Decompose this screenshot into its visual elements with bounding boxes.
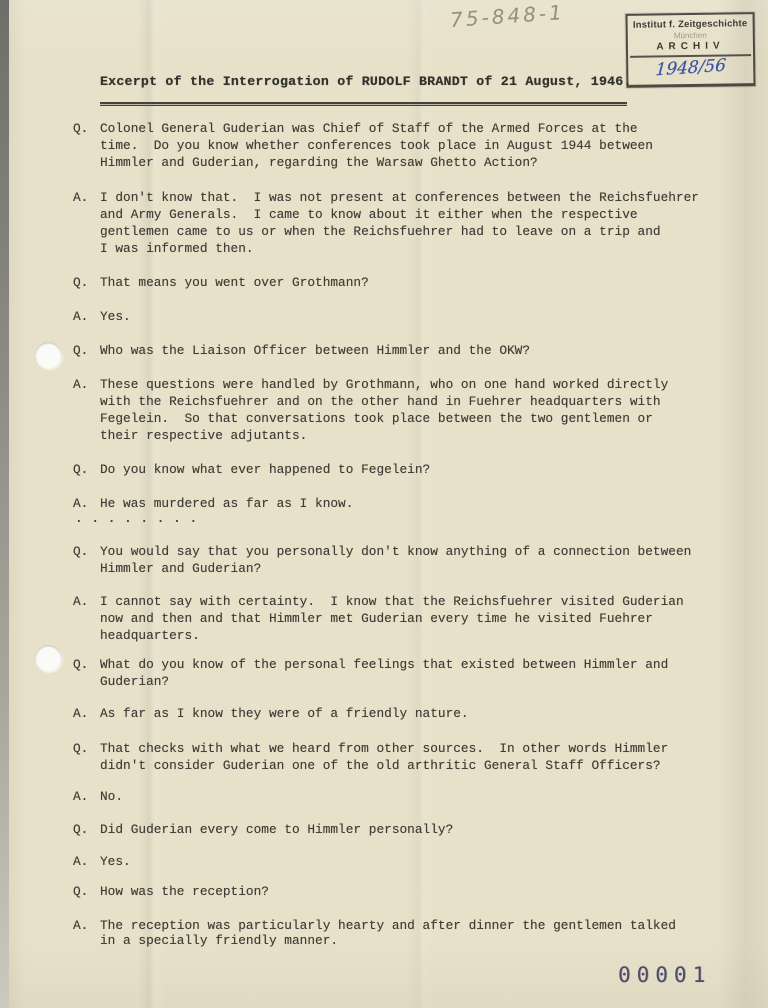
qa-row: A. The reception was particularly hearty…	[73, 918, 733, 948]
qa-text: Who was the Liaison Officer between Himm…	[100, 342, 530, 359]
pencil-annotation: 75-848-1	[449, 0, 565, 32]
qa-text: How was the reception?	[100, 883, 269, 900]
qa-row: Q. How was the reception?	[73, 883, 733, 900]
qa-text: I cannot say with certainty. I know that…	[100, 593, 684, 644]
qa-text: I don't know that. I was not present at …	[100, 189, 699, 257]
qa-text: You would say that you personally don't …	[100, 543, 691, 577]
qa-text: Do you know what ever happened to Fegele…	[100, 461, 430, 478]
speaker-label: A.	[73, 376, 100, 444]
qa-text: That means you went over Grothmann?	[100, 274, 369, 291]
qa-text: Colonel General Guderian was Chief of St…	[100, 120, 653, 171]
speaker-label: A.	[73, 189, 100, 257]
speaker-label: Q.	[73, 120, 100, 171]
stamp-institution: Institut f. Zeitgeschichte	[628, 18, 753, 31]
speaker-label: A.	[73, 593, 100, 644]
speaker-label: Q.	[73, 821, 100, 838]
speaker-label: A.	[73, 918, 100, 948]
hole-punch	[35, 342, 62, 369]
hole-punch	[35, 645, 62, 672]
section-separator: . . . . . . . .	[75, 511, 198, 526]
qa-row: A. He was murdered as far as I know.	[73, 495, 733, 512]
qa-row: A. I don't know that. I was not present …	[73, 189, 733, 257]
title-underline	[100, 102, 627, 106]
qa-row: Q. That checks with what we heard from o…	[73, 740, 733, 774]
qa-text: Yes.	[100, 853, 131, 870]
qa-row: Q. Do you know what ever happened to Feg…	[73, 461, 733, 478]
qa-row: A. These questions were handled by Groth…	[73, 376, 733, 444]
qa-row: Q. Colonel General Guderian was Chief of…	[73, 120, 733, 171]
speaker-label: A.	[73, 705, 100, 722]
speaker-label: Q.	[73, 656, 100, 690]
qa-text: Yes.	[100, 308, 131, 325]
qa-row: A. Yes.	[73, 853, 733, 870]
speaker-label: A.	[73, 788, 100, 805]
qa-row: Q. Did Guderian every come to Himmler pe…	[73, 821, 733, 838]
qa-text: As far as I know they were of a friendly…	[100, 705, 469, 722]
qa-row: A. I cannot say with certainty. I know t…	[73, 593, 733, 644]
page-number-stamp: 00001	[618, 963, 711, 987]
qa-text: No.	[100, 788, 123, 805]
qa-row: A. No.	[73, 788, 733, 805]
speaker-label: Q.	[73, 543, 100, 577]
qa-text: Did Guderian every come to Himmler perso…	[100, 821, 453, 838]
speaker-label: Q.	[73, 274, 100, 291]
qa-text: These questions were handled by Grothman…	[100, 376, 668, 444]
speaker-label: Q.	[73, 461, 100, 478]
qa-text: The reception was particularly hearty an…	[100, 918, 676, 948]
stamp-accession-number: 1948/56	[628, 54, 754, 82]
qa-text: He was murdered as far as I know.	[100, 495, 353, 512]
stamp-city: München	[628, 30, 753, 41]
qa-text: What do you know of the personal feeling…	[100, 656, 668, 690]
speaker-label: A.	[73, 495, 100, 512]
qa-row: Q. Who was the Liaison Officer between H…	[73, 342, 733, 359]
scanner-edge	[0, 0, 9, 1008]
qa-row: A. Yes.	[73, 308, 733, 325]
speaker-label: Q.	[73, 883, 100, 900]
speaker-label: Q.	[73, 740, 100, 774]
qa-row: Q. What do you know of the personal feel…	[73, 656, 733, 690]
qa-row: Q. That means you went over Grothmann?	[73, 274, 733, 291]
speaker-label: A.	[73, 853, 100, 870]
speaker-label: A.	[73, 308, 100, 325]
qa-text: That checks with what we heard from othe…	[100, 740, 668, 774]
qa-row: A. As far as I know they were of a frien…	[73, 705, 733, 722]
qa-row: Q. You would say that you personally don…	[73, 543, 733, 577]
archive-stamp: Institut f. Zeitgeschichte München ARCHI…	[625, 12, 755, 88]
stamp-archiv: ARCHIV	[628, 40, 753, 53]
speaker-label: Q.	[73, 342, 100, 359]
page-title: Excerpt of the Interrogation of RUDOLF B…	[100, 74, 632, 89]
